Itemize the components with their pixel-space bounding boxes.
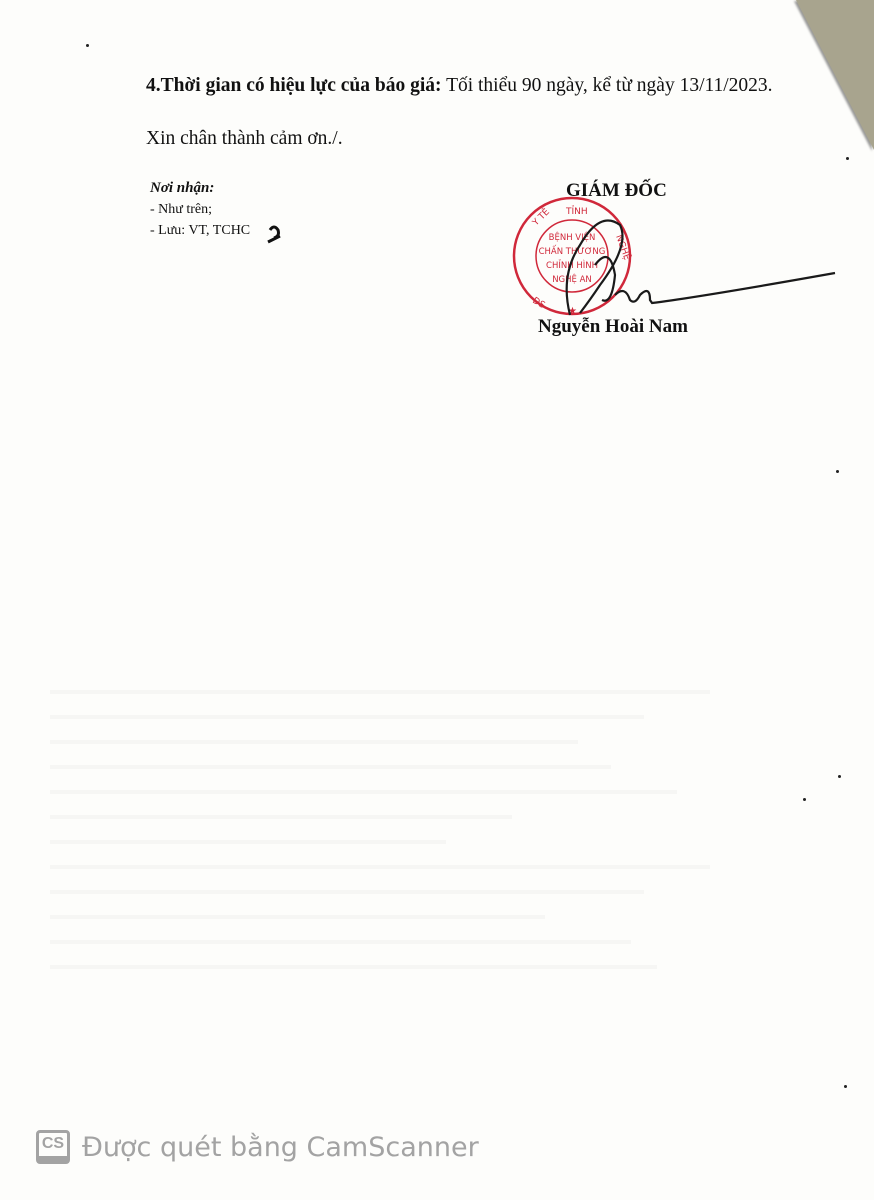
folded-page-corner [796,0,874,150]
handwritten-signature [540,205,840,325]
recipient-item: - Như trên; [150,199,250,220]
closing-text: Xin chân thành cảm ơn./. [146,128,343,150]
speck [844,1085,847,1088]
item-number: 4. [146,75,161,96]
validity-paragraph: 4.Thời gian có hiệu lực của báo giá: Tối… [112,72,795,100]
speck [836,470,839,473]
recipients-block: Nơi nhận: - Như trên; - Lưu: VT, TCHC [150,178,250,241]
speck [846,157,849,160]
item-text: Tối thiểu 90 ngày, kể từ ngày 13/11/2023… [446,75,773,96]
initial-mark-icon [266,224,286,246]
speck [803,798,806,801]
bleed-through-text [50,690,710,1090]
camscanner-watermark: CS Được quét bằng CamScanner [36,1130,479,1164]
recipient-item: - Lưu: VT, TCHC [150,220,250,241]
item-heading: Thời gian có hiệu lực của báo giá: [161,75,442,96]
watermark-text: Được quét bằng CamScanner [82,1132,479,1163]
speck [86,44,89,47]
camscanner-logo-icon: CS [36,1130,70,1164]
signer-name: Nguyễn Hoài Nam [538,316,688,338]
speck [838,775,841,778]
recipients-title: Nơi nhận: [150,178,250,199]
